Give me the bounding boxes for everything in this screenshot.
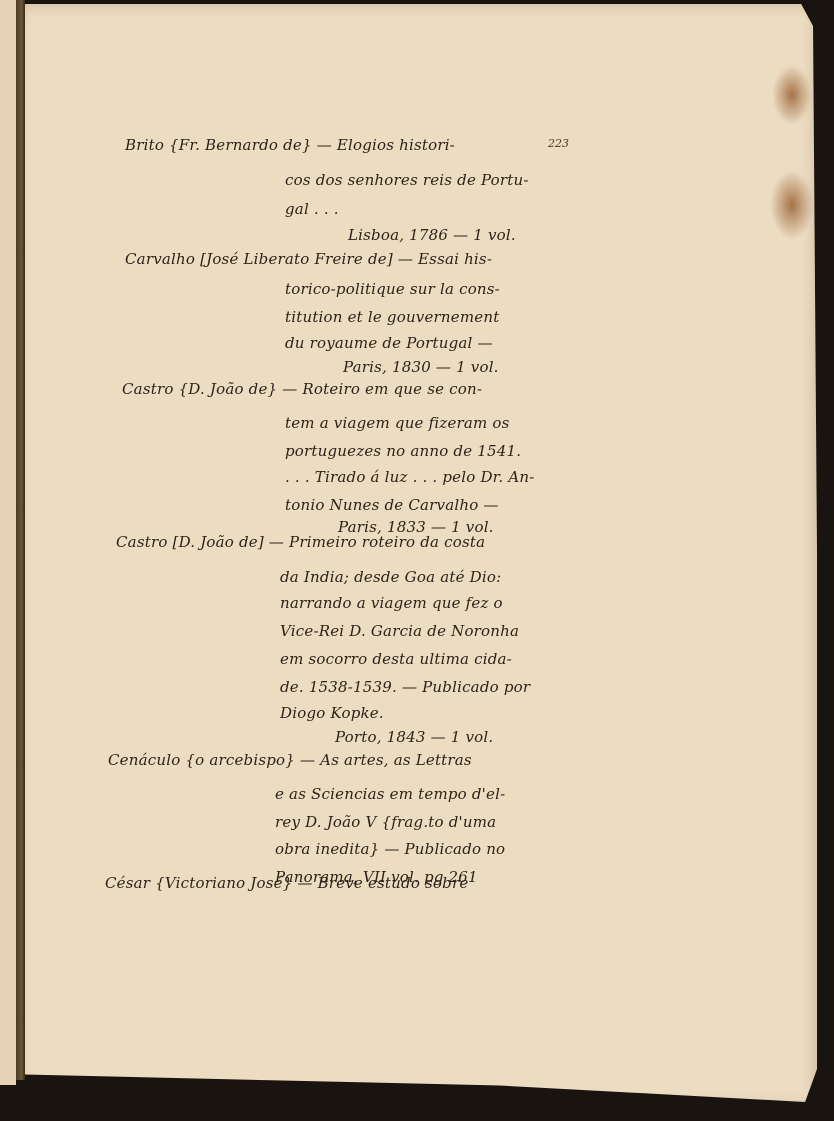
handwritten-line: Cenáculo {o arcebispo} — As artes, as Le… — [108, 751, 472, 769]
handwritten-line: Vice-Rei D. Garcia de Noronha — [280, 622, 519, 640]
handwritten-line: du royaume de Portugal — — [285, 334, 493, 352]
handwritten-line: em socorro desta ultima cida- — [280, 650, 512, 668]
handwritten-line: narrando a viagem que fez o — [280, 594, 503, 612]
handwritten-line: Diogo Kopke. — [280, 704, 384, 722]
handwritten-line: portuguezes no anno de 1541. — [285, 442, 521, 460]
handwritten-line: Brito {Fr. Bernardo de} — Elogios histor… — [125, 136, 455, 154]
handwritten-line: Porto, 1843 — 1 vol. — [335, 728, 493, 746]
handwritten-line: obra inedita} — Publicado no — [275, 840, 505, 858]
handwritten-line: Paris, 1830 — 1 vol. — [343, 358, 499, 376]
handwritten-line: gal . . . — [285, 200, 339, 218]
handwritten-line: tem a viagem que fizeram os — [285, 414, 510, 432]
handwritten-line: torico-politique sur la cons- — [285, 280, 500, 298]
handwritten-line: rey D. João V {frag.to d'uma — [275, 813, 496, 831]
handwritten-line: da India; desde Goa até Dio: — [280, 568, 501, 586]
foxing-stain — [770, 170, 814, 240]
handwritten-line: . . . Tirado á luz . . . pelo Dr. An- — [285, 468, 535, 486]
handwritten-line: titution et le gouvernement — [285, 308, 499, 326]
handwritten-line: Carvalho [José Liberato Freire de] — Ess… — [125, 250, 492, 268]
manuscript-page — [25, 4, 817, 1102]
handwritten-line: Castro {D. João de} — Roteiro em que se … — [122, 380, 482, 398]
handwritten-line: e as Sciencias em tempo d'el- — [275, 785, 505, 803]
book-gutter — [16, 0, 25, 1080]
handwritten-line: tonio Nunes de Carvalho — — [285, 496, 499, 514]
handwritten-line: Castro [D. João de] — Primeiro roteiro d… — [116, 533, 485, 551]
handwritten-line: Lisboa, 1786 — 1 vol. — [348, 226, 516, 244]
handwritten-line: de. 1538-1539. — Publicado por — [280, 678, 530, 696]
handwritten-line: César {Victoriano José} — Breve estudo s… — [105, 874, 468, 892]
handwritten-line: cos dos senhores reis de Portu- — [285, 171, 529, 189]
page-number: 223 — [548, 137, 569, 150]
foxing-stain — [772, 65, 812, 125]
facing-page-edge — [0, 0, 16, 1085]
